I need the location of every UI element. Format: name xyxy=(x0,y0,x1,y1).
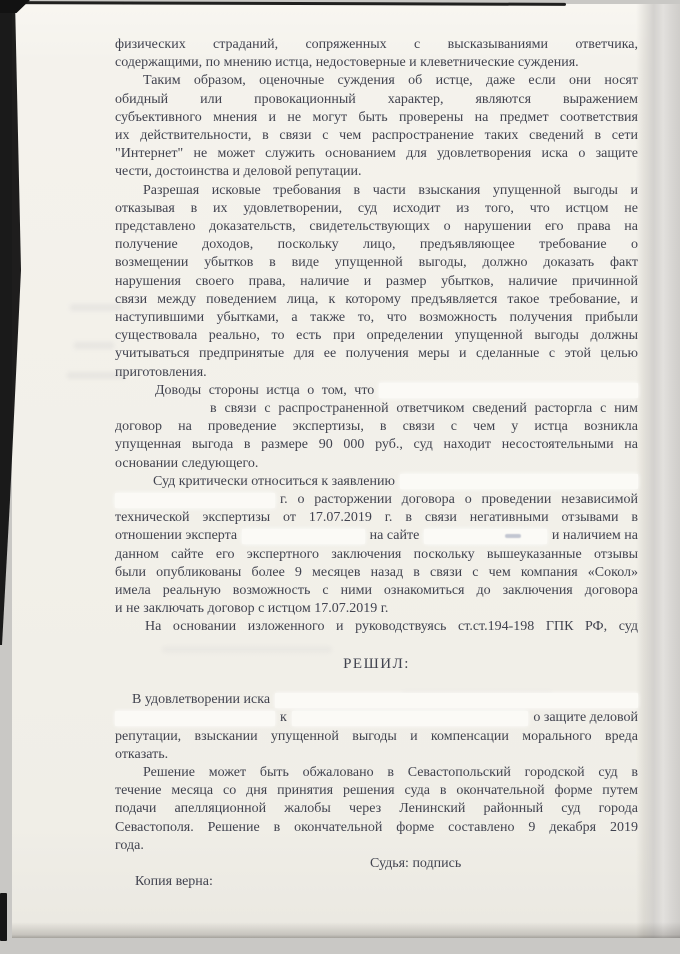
text-line: и не заключать договор с истцом 17.07.20… xyxy=(115,600,638,618)
decision-heading: РЕШИЛ: xyxy=(115,655,638,673)
text-line: связи между поведением лица, к которому … xyxy=(115,291,638,309)
redaction-whiteout xyxy=(424,529,547,544)
text-line: Доводы стороны истца о том, что xyxy=(155,382,638,400)
text-line: ко защите деловой xyxy=(115,709,638,727)
copy-certification-line: Копия верна: xyxy=(135,873,638,891)
text-line: их действительности, в связи с чем распр… xyxy=(115,127,638,145)
text-line: существовала реально, то есть при опреде… xyxy=(115,327,638,345)
text-line: договор на проведение экспертизы, в связ… xyxy=(115,418,638,436)
text-line: отношении экспертана сайтеи наличием на xyxy=(115,527,638,545)
text-line: В удовлетворении иска xyxy=(132,691,638,709)
text-line: возмещении убытков в виде упущенной выго… xyxy=(115,254,638,272)
text-line: Севастополя. Решение в окончательной фор… xyxy=(115,819,638,837)
text-line: упущенная выгода в размере 90 000 руб., … xyxy=(115,436,638,454)
text-line: имела реальную возможность с ними ознако… xyxy=(115,582,638,600)
text-line: субъективного мнения и не могут быть про… xyxy=(115,109,638,127)
judge-signature-line: Судья: подпись xyxy=(370,855,638,873)
text-line: нарушения своего права, наличие и размер… xyxy=(115,273,638,291)
redaction-whiteout xyxy=(379,383,638,398)
text-line: в связи с распространенной ответчиком св… xyxy=(210,400,638,418)
text-line: физических страданий, сопряженных с выск… xyxy=(115,36,638,54)
text-line: "Интернет" не может служить основанием д… xyxy=(115,145,638,163)
text-line: были опубликованы более 9 месяцев назад … xyxy=(115,564,638,582)
redaction-whiteout xyxy=(242,529,365,544)
text-line: обидный или провокационный характер, явл… xyxy=(115,91,638,109)
redaction-whiteout xyxy=(400,474,638,489)
redaction-whiteout xyxy=(115,711,275,726)
text-segment: и наличием на xyxy=(552,527,638,545)
text-line: течение месяца со дня принятия решения с… xyxy=(115,782,638,800)
text-segment: Доводы стороны истца о том, что xyxy=(155,382,374,400)
text-line: технической экспертизы от 17.07.2019 г. … xyxy=(115,509,638,527)
text-line: представлено доказательств, свидетельств… xyxy=(115,218,638,236)
text-line: содержащими, по мнению истца, недостовер… xyxy=(115,54,638,72)
text-line: основании следующего. xyxy=(115,455,638,473)
ink-smudge xyxy=(505,534,521,538)
scan-corner-mark-bottom-left xyxy=(0,893,7,941)
text-line: Суд критически относиться к заявлению xyxy=(153,473,638,491)
text-segment: Суд критически относиться к заявлению xyxy=(153,473,395,491)
text-line: года. xyxy=(115,837,638,855)
redaction-whiteout xyxy=(115,493,275,508)
text-line: репутации, взыскании упущенной выгоды и … xyxy=(115,728,638,746)
redaction-whiteout xyxy=(275,693,638,708)
redaction-whiteout xyxy=(292,711,529,726)
text-line: г. о расторжении договора о проведении н… xyxy=(115,491,638,509)
text-line: получение доходов, поскольку лицо, предъ… xyxy=(115,236,638,254)
text-line: отказывая в их удовлетворении, суд исход… xyxy=(115,200,638,218)
text-line: Разрешая исковые требования в части взыс… xyxy=(143,182,638,200)
text-segment: В удовлетворении иска xyxy=(132,691,270,709)
scan-background: физических страданий, сопряженных с выск… xyxy=(0,0,680,954)
text-line: На основании изложенного и руководствуяс… xyxy=(145,618,638,636)
text-segment: на сайте xyxy=(370,527,420,545)
text-segment: о защите деловой xyxy=(533,709,638,727)
text-line: подачи апелляционной жалобы через Ленинс… xyxy=(115,800,638,818)
text-line: приготовления. xyxy=(115,364,638,382)
text-line: чести, достоинства и деловой репутации. xyxy=(115,163,638,181)
text-segment: г. о расторжении договора о проведении н… xyxy=(280,491,638,509)
text-line: Таким образом, оценочные суждения об ист… xyxy=(143,72,638,90)
text-layer: физических страданий, сопряженных с выск… xyxy=(0,0,680,954)
text-segment: отношении эксперта xyxy=(115,527,237,545)
text-line: данном сайте его экспертного заключения … xyxy=(115,546,638,564)
text-line: Решение может быть обжаловано в Севастоп… xyxy=(143,764,638,782)
text-line: отказать. xyxy=(115,746,638,764)
text-line: наступившими убытками, а также то, что в… xyxy=(115,309,638,327)
text-line: учитываться предпринятые для ее получени… xyxy=(115,345,638,363)
text-segment: к xyxy=(280,709,287,727)
